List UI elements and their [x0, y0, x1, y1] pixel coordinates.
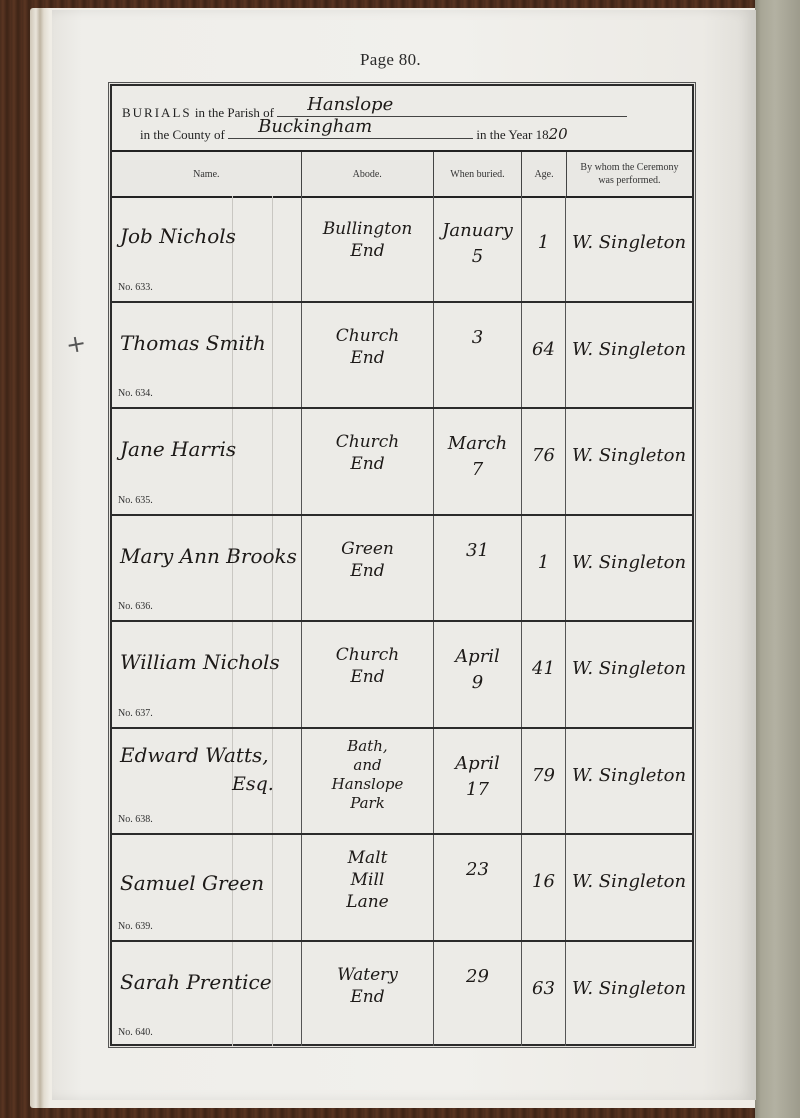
- entry-number: No. 639.: [118, 921, 153, 932]
- officiant-cell: W. Singleton: [566, 516, 692, 621]
- when-buried-cell: 31: [434, 516, 522, 621]
- entry-number: No. 633.: [118, 282, 153, 293]
- when-buried-cell: April17: [434, 729, 522, 834]
- column-header-abode: Abode.: [302, 152, 434, 196]
- abode-cell: ChurchEnd: [302, 409, 434, 514]
- year-value: 20: [549, 125, 568, 143]
- age-value: 1: [522, 232, 565, 253]
- entry-number: No. 636.: [118, 601, 153, 612]
- abode-line: End: [302, 453, 433, 475]
- officiant-cell: W. Singleton: [566, 835, 692, 940]
- burial-day: 3: [434, 325, 521, 351]
- entry-number: No. 640.: [118, 1027, 153, 1038]
- age-value: 64: [522, 339, 565, 360]
- deceased-name: Samuel Green: [120, 871, 264, 895]
- officiant-signature: W. Singleton: [572, 339, 686, 360]
- officiant-cell: W. Singleton: [566, 303, 692, 408]
- name-cell: Mary Ann Brooks No. 636.: [112, 516, 302, 621]
- deceased-name: Sarah Prentice: [120, 970, 272, 994]
- entry-number: No. 635.: [118, 495, 153, 506]
- register-heading-line2: in the County of Buckingham in the Year …: [140, 124, 568, 143]
- abode-line: End: [302, 986, 433, 1008]
- age-value: 16: [522, 871, 565, 892]
- column-header-age: Age.: [522, 152, 567, 196]
- deceased-name: Mary Ann Brooks: [120, 544, 297, 568]
- when-buried-cell: 29: [434, 942, 522, 1047]
- abode-line: End: [302, 666, 433, 688]
- age-cell: 64: [522, 303, 566, 408]
- age-value: 41: [522, 658, 565, 679]
- abode-line: Bath,: [302, 737, 433, 756]
- burial-day: 9: [434, 670, 521, 696]
- burial-month: April: [434, 751, 521, 777]
- table-row: Thomas Smith No. 634. ChurchEnd 3 64 W. …: [112, 303, 692, 410]
- register-heading: BURIALS in the Parish of Hanslope in the…: [112, 86, 692, 150]
- officiant-signature: W. Singleton: [572, 765, 686, 786]
- parish-value: Hanslope: [307, 94, 393, 115]
- when-buried-cell: March7: [434, 409, 522, 514]
- officiant-cell: W. Singleton: [566, 622, 692, 727]
- deceased-title: Esq.: [232, 773, 274, 795]
- burial-day: 17: [434, 777, 521, 803]
- abode-cell: Bath, and Hanslope Park: [302, 729, 434, 834]
- deceased-name: William Nichols: [120, 650, 280, 674]
- abode-cell: ChurchEnd: [302, 622, 434, 727]
- register-heading-line1: BURIALS in the Parish of Hanslope: [122, 102, 627, 121]
- abode-cell: Malt Mill Lane: [302, 835, 434, 940]
- age-cell: 41: [522, 622, 566, 727]
- table-row: Jane Harris No. 635. ChurchEnd March7 76…: [112, 409, 692, 516]
- column-header-when-buried: When buried.: [434, 152, 522, 196]
- age-value: 79: [522, 765, 565, 786]
- burial-day: 31: [434, 538, 521, 564]
- abode-line: End: [302, 347, 433, 369]
- age-cell: 1: [522, 196, 566, 301]
- burial-day: 7: [434, 457, 521, 483]
- officiant-header-line2: was performed.: [580, 174, 678, 187]
- burials-label: BURIALS: [122, 105, 192, 120]
- abode-cell: BullingtonEnd: [302, 196, 434, 301]
- facing-page-edge: [755, 0, 800, 1118]
- abode-line: Church: [302, 325, 433, 347]
- age-value: 76: [522, 445, 565, 466]
- age-cell: 1: [522, 516, 566, 621]
- entry-number: No. 634.: [118, 388, 153, 399]
- entries-list: Job Nichols No. 633. BullingtonEnd Janua…: [112, 196, 692, 1046]
- abode-line: Lane: [302, 891, 433, 913]
- abode-cell: WateryEnd: [302, 942, 434, 1047]
- abode-cell: GreenEnd: [302, 516, 434, 621]
- abode-line: End: [302, 560, 433, 582]
- name-cell: Job Nichols No. 633.: [112, 196, 302, 301]
- abode-line: Watery: [302, 964, 433, 986]
- abode-cell: ChurchEnd: [302, 303, 434, 408]
- table-row: Job Nichols No. 633. BullingtonEnd Janua…: [112, 196, 692, 303]
- parish-field: Hanslope: [277, 102, 627, 117]
- officiant-signature: W. Singleton: [572, 871, 686, 892]
- name-cell: Jane Harris No. 635.: [112, 409, 302, 514]
- when-buried-cell: January5: [434, 196, 522, 301]
- officiant-signature: W. Singleton: [572, 552, 686, 573]
- burial-register-table: BURIALS in the Parish of Hanslope in the…: [110, 84, 694, 1046]
- officiant-cell: W. Singleton: [566, 196, 692, 301]
- age-cell: 16: [522, 835, 566, 940]
- abode-line: Bullington: [302, 218, 433, 240]
- entry-number: No. 638.: [118, 814, 153, 825]
- when-buried-cell: 23: [434, 835, 522, 940]
- year-label: in the Year 18: [476, 127, 548, 142]
- age-cell: 79: [522, 729, 566, 834]
- officiant-signature: W. Singleton: [572, 658, 686, 679]
- officiant-cell: W. Singleton: [566, 409, 692, 514]
- county-field: Buckingham: [228, 124, 473, 139]
- officiant-cell: W. Singleton: [566, 729, 692, 834]
- table-row: William Nichols No. 637. ChurchEnd April…: [112, 622, 692, 729]
- abode-line: Church: [302, 431, 433, 453]
- officiant-cell: W. Singleton: [566, 942, 692, 1047]
- burial-day: 23: [434, 857, 521, 883]
- burial-month: January: [434, 218, 521, 244]
- age-value: 1: [522, 552, 565, 573]
- abode-line: Church: [302, 644, 433, 666]
- officiant-signature: W. Singleton: [572, 445, 686, 466]
- abode-line: Hanslope: [302, 775, 433, 794]
- entry-number: No. 637.: [118, 708, 153, 719]
- burial-month: April: [434, 644, 521, 670]
- officiant-header-line1: By whom the Ceremony: [580, 161, 678, 174]
- officiant-signature: W. Singleton: [572, 232, 686, 253]
- deceased-name: Jane Harris: [120, 437, 236, 461]
- abode-line: Green: [302, 538, 433, 560]
- column-header-name: Name.: [112, 152, 302, 196]
- deceased-name: Thomas Smith: [120, 331, 266, 355]
- officiant-signature: W. Singleton: [572, 978, 686, 999]
- age-cell: 63: [522, 942, 566, 1047]
- when-buried-cell: 3: [434, 303, 522, 408]
- column-headers: Name. Abode. When buried. Age. By whom t…: [112, 150, 692, 198]
- table-row: Edward Watts, Esq. No. 638. Bath, and Ha…: [112, 729, 692, 836]
- deceased-name: Edward Watts,: [120, 743, 269, 767]
- age-cell: 76: [522, 409, 566, 514]
- abode-line: Mill: [302, 869, 433, 891]
- deceased-name: Job Nichols: [120, 224, 236, 248]
- burial-day: 29: [434, 964, 521, 990]
- burial-month: March: [434, 431, 521, 457]
- table-row: Sarah Prentice No. 640. WateryEnd 29 63 …: [112, 942, 692, 1047]
- table-row: Mary Ann Brooks No. 636. GreenEnd 31 1 W…: [112, 516, 692, 623]
- county-value: Buckingham: [258, 116, 372, 137]
- county-label: in the County of: [140, 127, 225, 142]
- abode-line: End: [302, 240, 433, 262]
- abode-line: and: [302, 756, 433, 775]
- table-row: Samuel Green No. 639. Malt Mill Lane 23 …: [112, 835, 692, 942]
- name-cell: William Nichols No. 637.: [112, 622, 302, 727]
- column-header-officiant: By whom the Ceremony was performed.: [567, 152, 692, 196]
- abode-line: Malt: [302, 847, 433, 869]
- abode-line: Park: [302, 794, 433, 813]
- page-number: Page 80.: [360, 50, 421, 70]
- name-cell: Samuel Green No. 639.: [112, 835, 302, 940]
- when-buried-cell: April9: [434, 622, 522, 727]
- name-cell: Sarah Prentice No. 640.: [112, 942, 302, 1047]
- name-cell: Thomas Smith No. 634.: [112, 303, 302, 408]
- burial-day: 5: [434, 244, 521, 270]
- name-cell: Edward Watts, Esq. No. 638.: [112, 729, 302, 834]
- age-value: 63: [522, 978, 565, 999]
